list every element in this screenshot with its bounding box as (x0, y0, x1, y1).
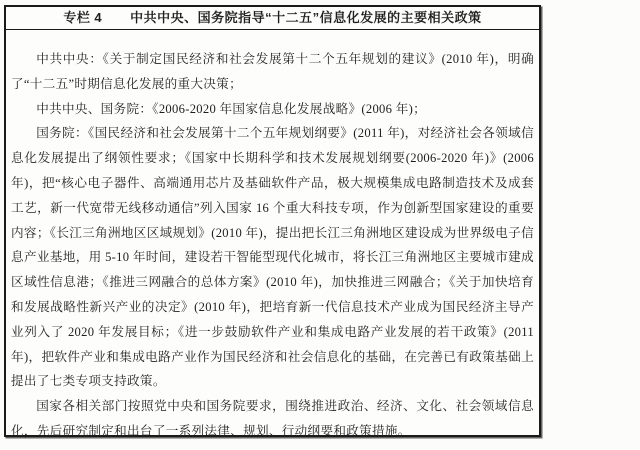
box-title: 中共中央、国务院指导“十二五”信息化发展的主要相关政策 (130, 10, 482, 25)
paragraph: 国家各相关部门按照党中央和国务院要求，围绕推进政治、经济、文化、社会领域信息化，… (11, 394, 534, 444)
box-label: 专栏 4 (63, 10, 102, 25)
box-body: 中共中央：《关于制定国民经济和社会发展第十二个五年规划的建议》(2010 年)，… (6, 30, 539, 444)
paragraph: 中共中央、国务院：《2006-2020 年国家信息化发展战略》(2006 年)； (11, 97, 534, 122)
box-header: 专栏 4中共中央、国务院指导“十二五”信息化发展的主要相关政策 (6, 7, 539, 30)
paragraph: 国务院：《国民经济和社会发展第十二个五年规划纲要》(2011 年)，对经济社会各… (11, 121, 534, 394)
paragraph: 中共中央：《关于制定国民经济和社会发展第十二个五年规划的建议》(2010 年)，… (11, 47, 534, 97)
policy-column-box: 专栏 4中共中央、国务院指导“十二五”信息化发展的主要相关政策 中共中央：《关于… (4, 5, 541, 437)
